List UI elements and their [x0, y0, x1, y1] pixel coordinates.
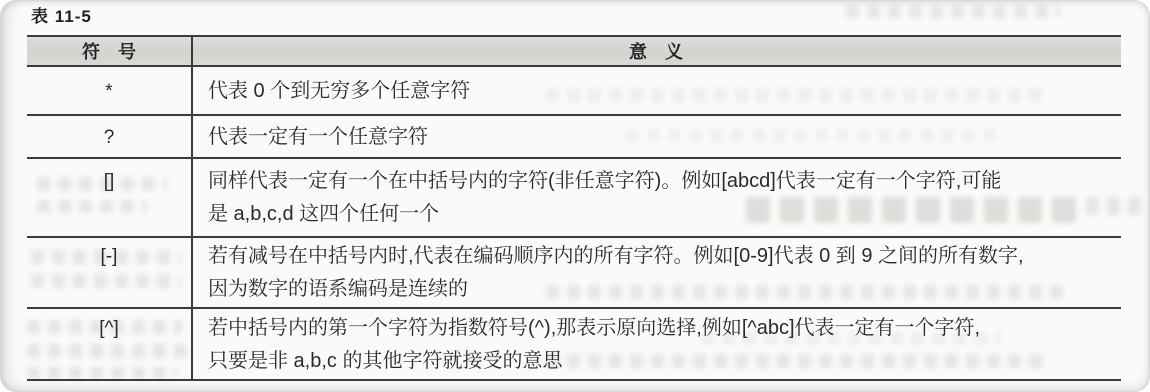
- column-header-meaning: 意 义: [191, 37, 1121, 65]
- meaning-line: 若中括号内的第一个字符为指数符号(^),那表示原向选择,例如[^abc]代表一定…: [208, 312, 1111, 345]
- meaning-cell: 代表 0 个到无穷多个任意字符: [191, 67, 1121, 114]
- symbol-cell: *: [27, 67, 191, 114]
- column-divider: [191, 35, 193, 381]
- bleed-through-smudge: [846, 5, 1061, 18]
- meaning-line: 因为数字的语系编码是连续的: [208, 273, 1111, 306]
- meaning-line: 是 a,b,c,d 这四个任何一个: [208, 198, 1111, 231]
- book-page-photo: 表 11-5 符 号 意 义 * 代表 0 个到无穷多个任意字符 ? 代表一定有…: [0, 0, 1150, 392]
- table-caption: 表 11-5: [31, 2, 92, 27]
- meaning-cell: 若有减号在中括号内时,代表在编码顺序内的所有字符。例如[0-9]代表 0 到 9…: [191, 238, 1121, 307]
- wildcard-table: 符 号 意 义 * 代表 0 个到无穷多个任意字符 ? 代表一定有一个任意字符 …: [27, 35, 1121, 381]
- symbol-cell: [^]: [27, 309, 191, 379]
- meaning-cell: 同样代表一定有一个在中括号内的字符(非任意字符)。例如[abcd]代表一定有一个…: [191, 159, 1121, 236]
- meaning-line: 代表 0 个到无穷多个任意字符: [208, 75, 1111, 108]
- meaning-line: 代表一定有一个任意字符: [208, 121, 1111, 154]
- symbol-cell: [-]: [27, 238, 191, 307]
- symbol-cell: ?: [27, 116, 191, 157]
- meaning-cell: 若中括号内的第一个字符为指数符号(^),那表示原向选择,例如[^abc]代表一定…: [191, 309, 1121, 379]
- meaning-line: 只要是非 a,b,c 的其他字符就接受的意思: [208, 345, 1111, 378]
- column-header-symbol: 符 号: [27, 37, 191, 65]
- meaning-line: 若有减号在中括号内时,代表在编码顺序内的所有字符。例如[0-9]代表 0 到 9…: [208, 240, 1111, 273]
- meaning-cell: 代表一定有一个任意字符: [191, 116, 1121, 157]
- symbol-cell: []: [27, 159, 191, 236]
- meaning-line: 同样代表一定有一个在中括号内的字符(非任意字符)。例如[abcd]代表一定有一个…: [208, 165, 1111, 198]
